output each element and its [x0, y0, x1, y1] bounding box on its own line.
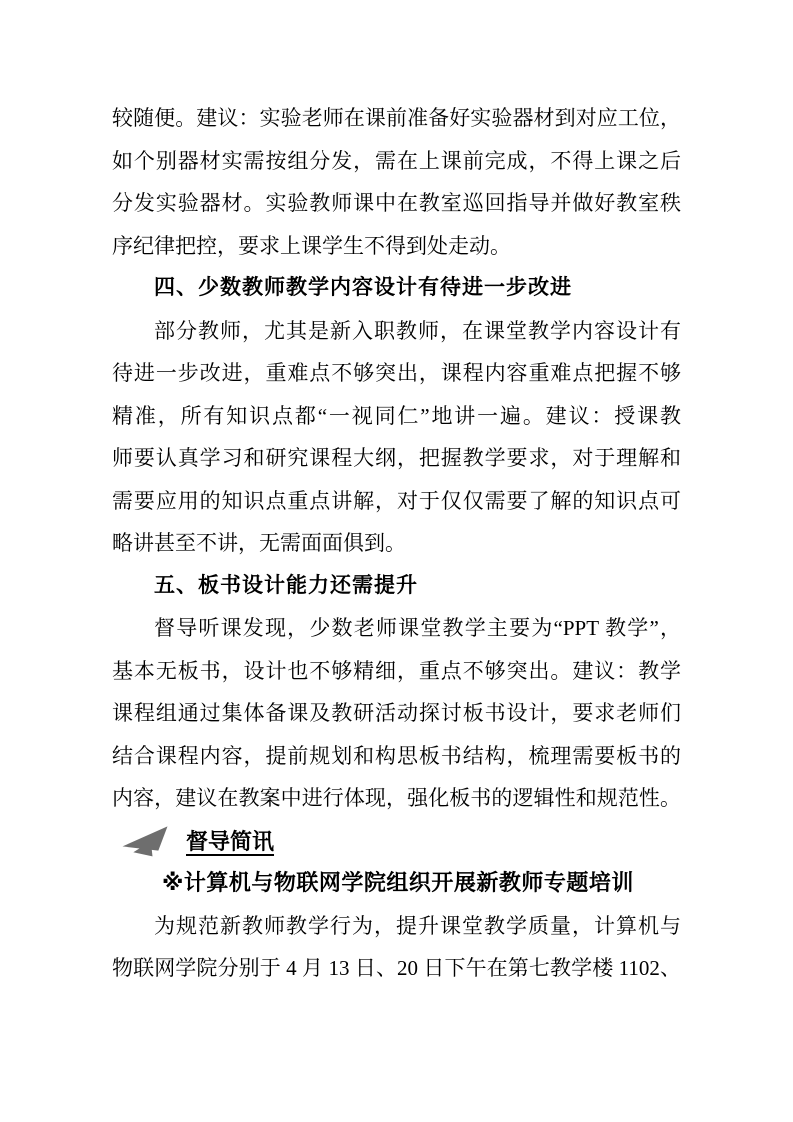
bulletin-header: 督导简讯 [112, 820, 681, 863]
body-line: 结合课程内容，提前规划和构思板书结构，梳理需要板书的 [112, 735, 681, 778]
body-line: 督导听课发现，少数老师课堂教学主要为“PPT 教学”， [112, 607, 681, 650]
body-line: 内容，建议在教案中进行体现，强化板书的逻辑性和规范性。 [112, 777, 681, 820]
news-subheading: ※计算机与物联网学院组织开展新教师专题培训 [112, 862, 681, 905]
body-line: 略讲甚至不讲，无需面面俱到。 [112, 522, 681, 565]
body-line: 精准，所有知识点都“一视同仁”地讲一遍。建议：授课教 [112, 395, 681, 438]
body-line: 较随便。建议：实验老师在课前准备好实验器材到对应工位， [112, 97, 681, 140]
body-line: 需要应用的知识点重点讲解，对于仅仅需要了解的知识点可 [112, 480, 681, 523]
body-line: 物联网学院分别于 4 月 13 日、20 日下午在第七教学楼 1102、 [112, 947, 681, 990]
body-line: 为规范新教师教学行为，提升课堂教学质量，计算机与 [112, 905, 681, 948]
bulletin-title: 督导简讯 [186, 825, 274, 856]
body-line: 如个别器材实需按组分发，需在上课前完成，不得上课之后 [112, 140, 681, 183]
document-page: 较随便。建议：实验老师在课前准备好实验器材到对应工位， 如个别器材实需按组分发，… [0, 0, 793, 1122]
document-text-block: 较随便。建议：实验老师在课前准备好实验器材到对应工位， 如个别器材实需按组分发，… [112, 97, 681, 990]
section-heading-5: 五、板书设计能力还需提升 [112, 565, 681, 608]
body-line: 部分教师，尤其是新入职教师，在课堂教学内容设计有 [112, 310, 681, 353]
body-line: 师要认真学习和研究课程大纲，把握教学要求，对于理解和 [112, 437, 681, 480]
body-line: 课程组通过集体备课及教研活动探讨板书设计，要求老师们 [112, 692, 681, 735]
section-heading-4: 四、少数教师教学内容设计有待进一步改进 [112, 267, 681, 310]
body-line: 待进一步改进，重难点不够突出，课程内容重难点把握不够 [112, 352, 681, 395]
body-line: 分发实验器材。实验教师课中在教室巡回指导并做好教室秩 [112, 182, 681, 225]
paper-plane-icon [120, 822, 170, 860]
body-line: 基本无板书，设计也不够精细，重点不够突出。建议：教学 [112, 650, 681, 693]
body-line: 序纪律把控，要求上课学生不得到处走动。 [112, 225, 681, 268]
